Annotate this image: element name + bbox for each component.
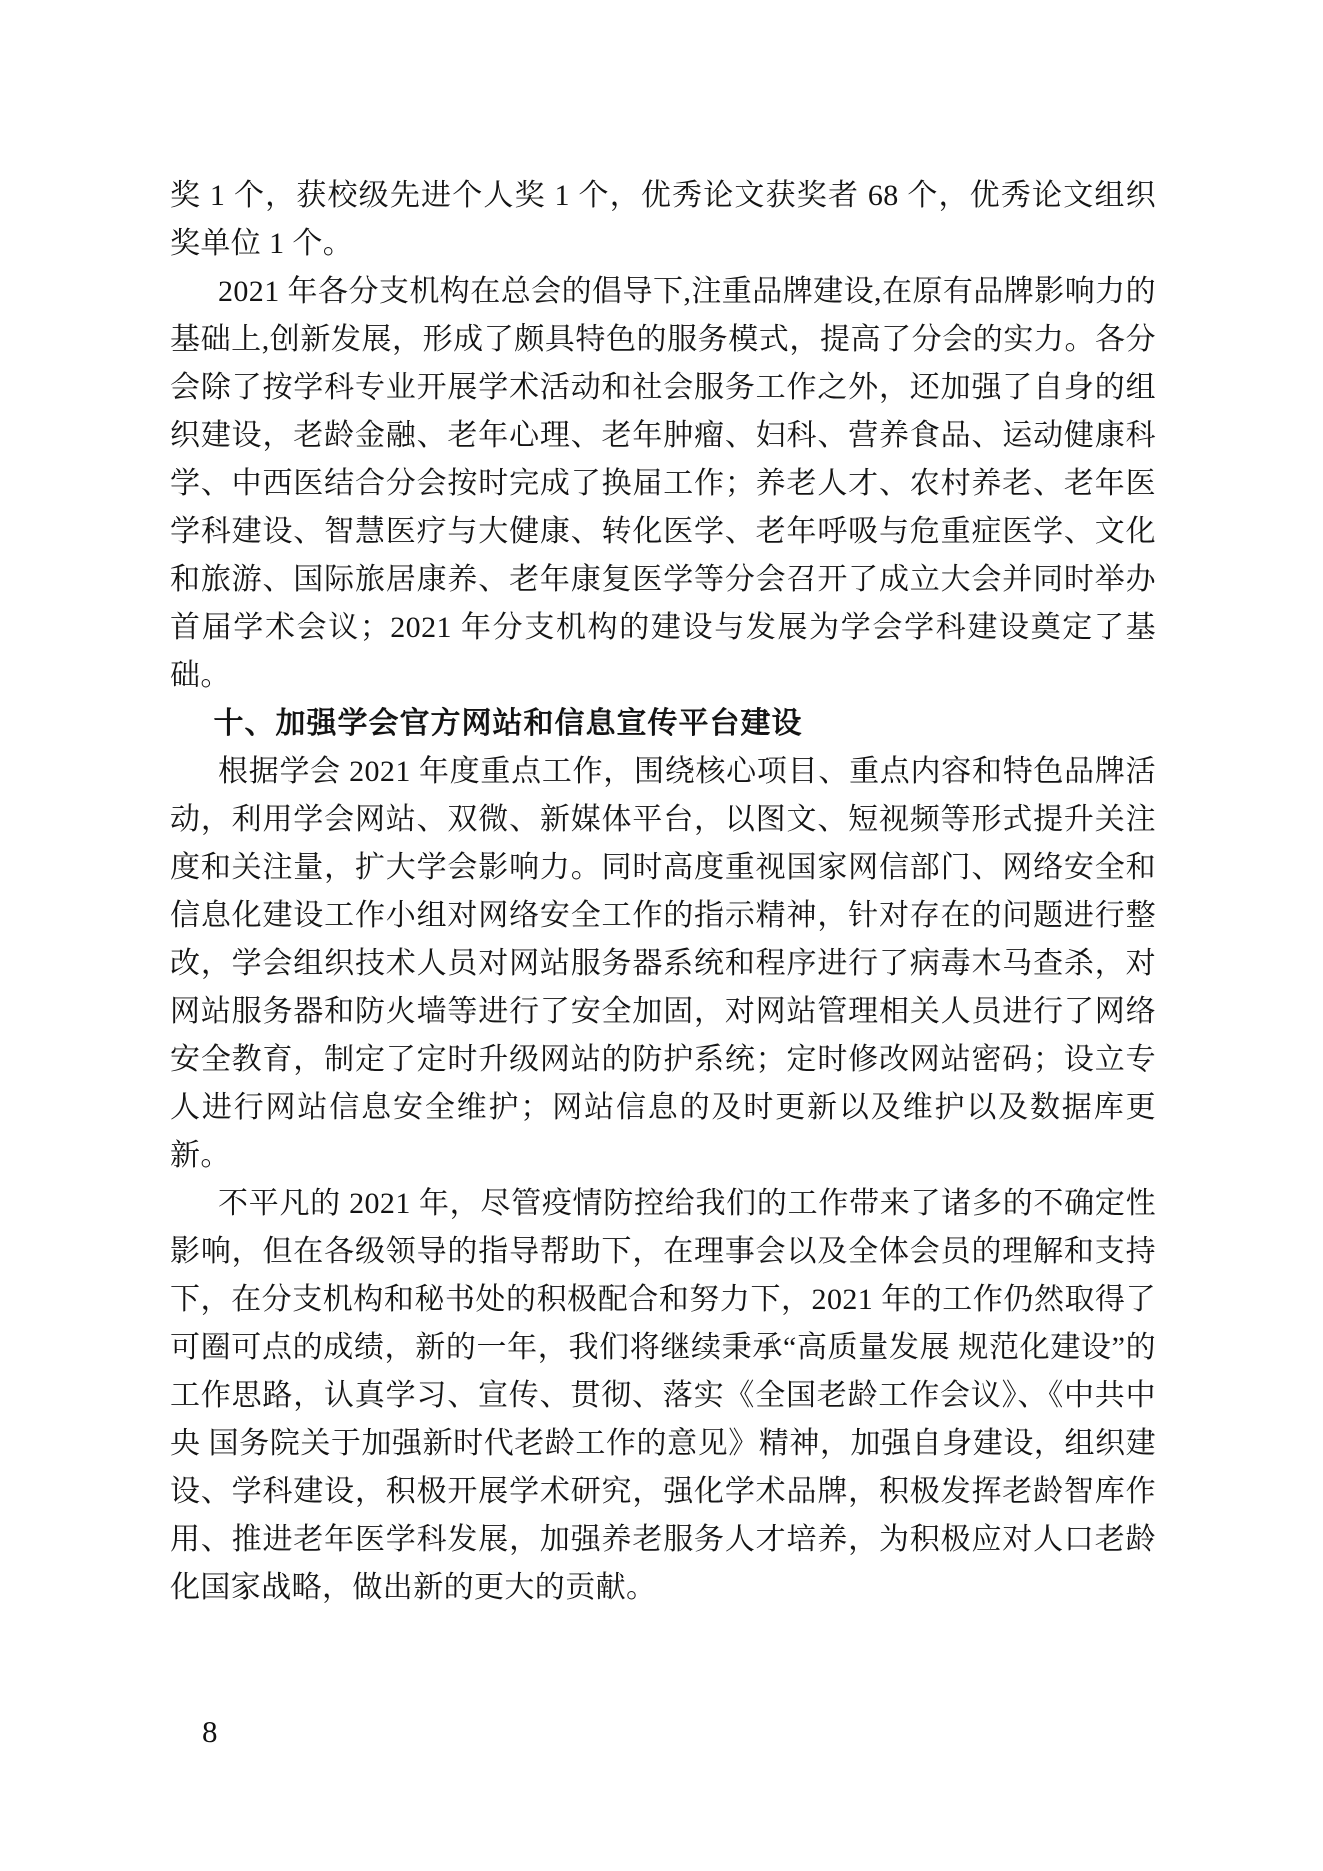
- document-page: 奖 1 个，获校级先进个人奖 1 个，优秀论文获奖者 68 个，优秀论文组织奖单…: [0, 0, 1323, 1871]
- paragraph: 奖 1 个，获校级先进个人奖 1 个，优秀论文获奖者 68 个，优秀论文组织奖单…: [170, 172, 1156, 268]
- page-number: 8: [202, 1708, 218, 1756]
- section-heading: 十、加强学会官方网站和信息宣传平台建设: [170, 700, 1156, 748]
- paragraph: 不平凡的 2021 年，尽管疫情防控给我们的工作带来了诸多的不确定性影响，但在各…: [170, 1180, 1156, 1612]
- paragraph: 根据学会 2021 年度重点工作，围绕核心项目、重点内容和特色品牌活动，利用学会…: [170, 748, 1156, 1180]
- document-body: 奖 1 个，获校级先进个人奖 1 个，优秀论文获奖者 68 个，优秀论文组织奖单…: [170, 172, 1156, 1612]
- paragraph: 2021 年各分支机构在总会的倡导下,注重品牌建设,在原有品牌影响力的基础上,创…: [170, 268, 1156, 700]
